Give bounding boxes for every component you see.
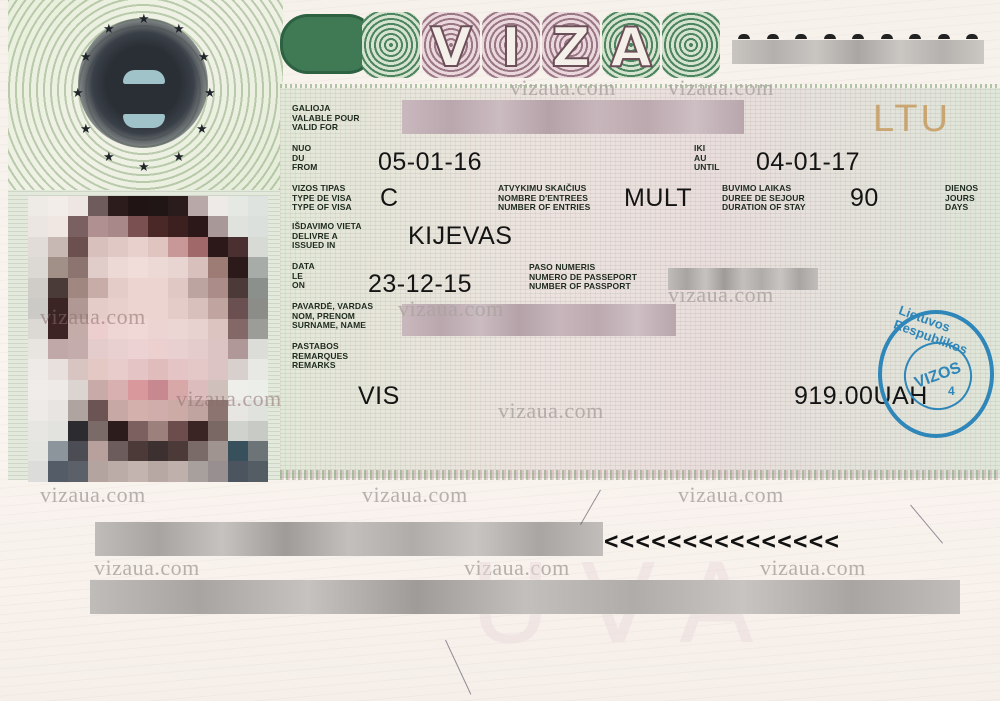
holder-photo-pixelated — [28, 196, 268, 482]
euro-emblem-icon: ★ ★ ★ ★ ★ ★ ★ ★ ★ ★ ★ ★ — [78, 18, 208, 148]
name-label: PAVARDĖ, VARDASNOM, PRENOMSURNAME, NAME — [292, 302, 373, 331]
watermark: vizaua.com — [498, 398, 604, 424]
issued-in-value: KIJEVAS — [408, 222, 512, 251]
passport-number-label: PASO NUMERISNUMERO DE PASSEPORTNUMBER OF… — [529, 263, 637, 292]
duration-of-stay-value: 90 — [850, 184, 879, 213]
valid-for-redacted — [402, 100, 744, 134]
mrz-line1-filler: <<<<<<<<<<<<<<< — [604, 527, 840, 555]
remarks-value: VIS — [358, 382, 400, 411]
number-of-entries-label: ATVYKIMU SKAIČIUSNOMBRE D'ENTREESNUMBER … — [498, 184, 590, 213]
issued-in-label: IŠDAVIMO VIETADELIVRE AISSUED IN — [292, 222, 362, 251]
visa-title-banner: V I Z A VIZA — [280, 10, 716, 82]
watermark: vizaua.com — [362, 482, 468, 508]
official-stamp: Lietuvos Respublikos VIZOS 4 — [878, 310, 994, 438]
security-guilloche: ★ ★ ★ ★ ★ ★ ★ ★ ★ ★ ★ ★ — [8, 0, 283, 195]
duration-of-stay-label: BUVIMO LAIKASDUREE DE SEJOURDURATION OF … — [722, 184, 806, 213]
watermark: vizaua.com — [40, 482, 146, 508]
watermark: vizaua.com — [398, 296, 504, 322]
mrz-line1-redacted — [95, 522, 603, 556]
watermark: vizaua.com — [668, 75, 774, 101]
watermark: vizaua.com — [510, 75, 616, 101]
visa-page: ★ ★ ★ ★ ★ ★ ★ ★ ★ ★ ★ ★ V I Z A VIZA — [0, 0, 1000, 701]
visa-number-redacted — [732, 40, 984, 64]
valid-until-value: 04-01-17 — [756, 148, 860, 177]
watermark: vizaua.com — [94, 555, 200, 581]
remarks-label: PASTABOSREMARQUESREMARKS — [292, 342, 348, 371]
number-of-entries-value: MULT — [624, 184, 692, 213]
valid-from-value: 05-01-16 — [378, 148, 482, 177]
mrz-line2-redacted — [90, 580, 960, 614]
from-label: NUODUFROM — [292, 144, 317, 173]
watermark: vizaua.com — [678, 482, 784, 508]
issue-date-value: 23-12-15 — [368, 270, 472, 299]
watermark: vizaua.com — [668, 282, 774, 308]
until-label: IKIAUUNTIL — [694, 144, 720, 173]
valid-for-label: GALIOJAVALABLE POURVALID FOR — [292, 104, 360, 133]
issuing-country-code: LTU — [873, 98, 951, 141]
watermark: vizaua.com — [40, 304, 146, 330]
issue-date-label: DATALEON — [292, 262, 315, 291]
watermark: vizaua.com — [176, 386, 282, 412]
days-unit-label: DIENOSJOURSDAYS — [945, 184, 978, 213]
type-of-visa-value: C — [380, 184, 399, 213]
type-of-visa-label: VIZOS TIPASTYPE DE VISATYPE OF VISA — [292, 184, 352, 213]
